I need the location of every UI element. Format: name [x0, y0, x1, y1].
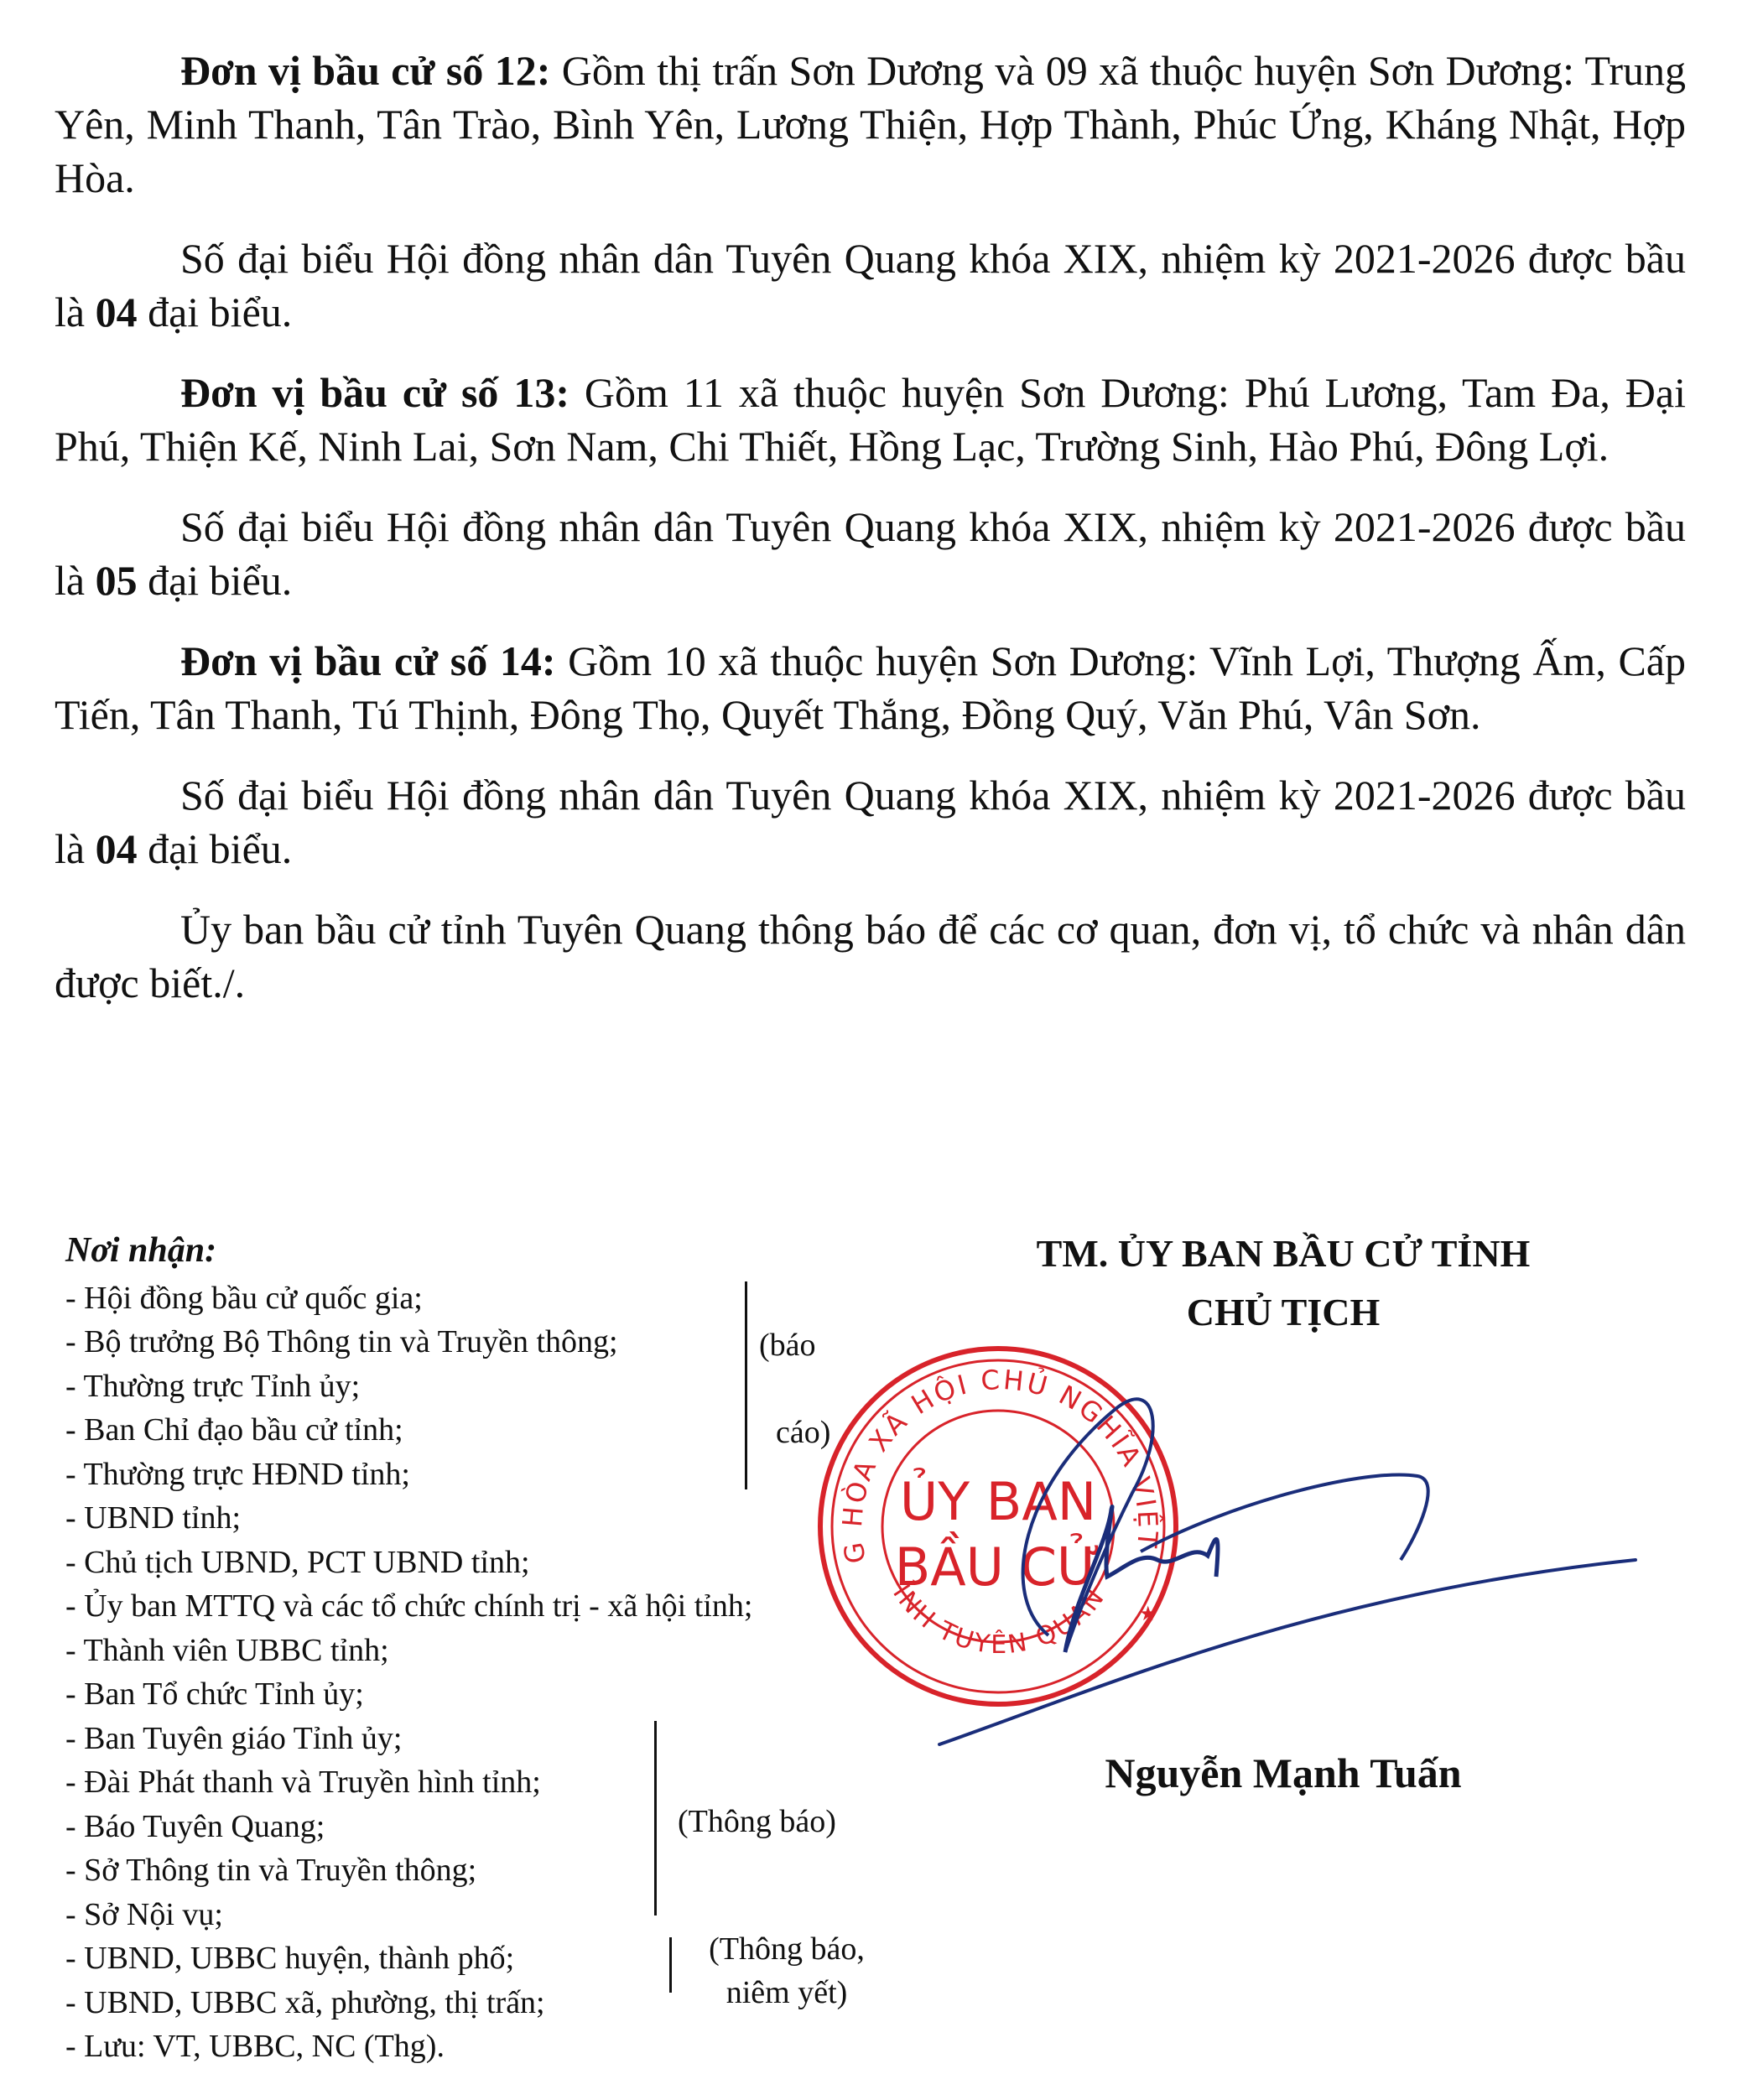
note-announce-post: (Thông báo, niêm yết): [686, 1927, 887, 2014]
handwritten-signature-icon: [897, 1384, 1652, 1770]
bracket-announce-post: [669, 1937, 672, 1993]
signing-position: CHỦ TỊCH: [923, 1283, 1644, 1342]
recipient-item: - Thường trực Tỉnh ủy;: [65, 1364, 913, 1409]
paragraph-unit-12-delegates: Số đại biểu Hội đồng nhân dân Tuyên Quan…: [55, 231, 1686, 339]
signature-block: TM. ỦY BAN BẦU CỬ TỈNH CHỦ TỊCH: [923, 1224, 1644, 1342]
delegate-count: 04: [96, 288, 138, 335]
note-announce: (Thông báo): [678, 1800, 836, 1843]
recipient-item: - Chủ tịch UBND, PCT UBND tỉnh;: [65, 1541, 913, 1585]
paragraph-unit-14: Đơn vị bầu cử số 14: Gồm 10 xã thuộc huy…: [55, 634, 1686, 741]
paragraph-unit-14-delegates: Số đại biểu Hội đồng nhân dân Tuyên Quan…: [55, 768, 1686, 876]
recipient-item: - Hội đồng bầu cử quốc gia;: [65, 1276, 913, 1321]
recipient-item: - UBND tỉnh;: [65, 1496, 913, 1541]
bracket-report: [745, 1281, 747, 1489]
recipient-item: - Thành viên UBBC tỉnh;: [65, 1629, 913, 1673]
recipient-item: - Thường trực HĐND tỉnh;: [65, 1453, 913, 1497]
unit-12-heading: Đơn vị bầu cử số 12:: [180, 47, 550, 94]
paragraph-unit-13-delegates: Số đại biểu Hội đồng nhân dân Tuyên Quan…: [55, 500, 1686, 607]
recipient-item: - Ủy ban MTTQ và các tổ chức chính trị -…: [65, 1584, 913, 1629]
document-body: Đơn vị bầu cử số 12: Gồm thị trấn Sơn Dư…: [55, 44, 1686, 1037]
unit-14-heading: Đơn vị bầu cử số 14:: [180, 637, 556, 684]
paragraph-unit-12: Đơn vị bầu cử số 12: Gồm thị trấn Sơn Dư…: [55, 44, 1686, 205]
recipient-item: - Lưu: VT, UBBC, NC (Thg).: [65, 2025, 913, 2069]
note-report-1: (báo: [759, 1323, 816, 1367]
recipients-title: Nơi nhận:: [65, 1229, 913, 1273]
recipient-item: - Sở Thông tin và Truyền thông;: [65, 1848, 913, 1893]
delegate-count: 05: [96, 557, 138, 604]
bracket-announce: [654, 1721, 657, 1915]
recipient-item: - Ban Tổ chức Tỉnh ủy;: [65, 1672, 913, 1717]
signing-organization: TM. ỦY BAN BẦU CỬ TỈNH: [923, 1224, 1644, 1283]
paragraph-unit-13: Đơn vị bầu cử số 13: Gồm 11 xã thuộc huy…: [55, 366, 1686, 473]
closing-paragraph: Ủy ban bầu cử tỉnh Tuyên Quang thông báo…: [55, 902, 1686, 1010]
delegate-count: 04: [96, 825, 138, 872]
recipient-item: - Ban Tuyên giáo Tỉnh ủy;: [65, 1717, 913, 1761]
unit-13-heading: Đơn vị bầu cử số 13:: [180, 369, 569, 416]
recipient-item: - Đài Phát thanh và Truyền hình tỉnh;: [65, 1760, 913, 1805]
signer-name: Nguyễn Mạnh Tuấn: [923, 1749, 1644, 1797]
